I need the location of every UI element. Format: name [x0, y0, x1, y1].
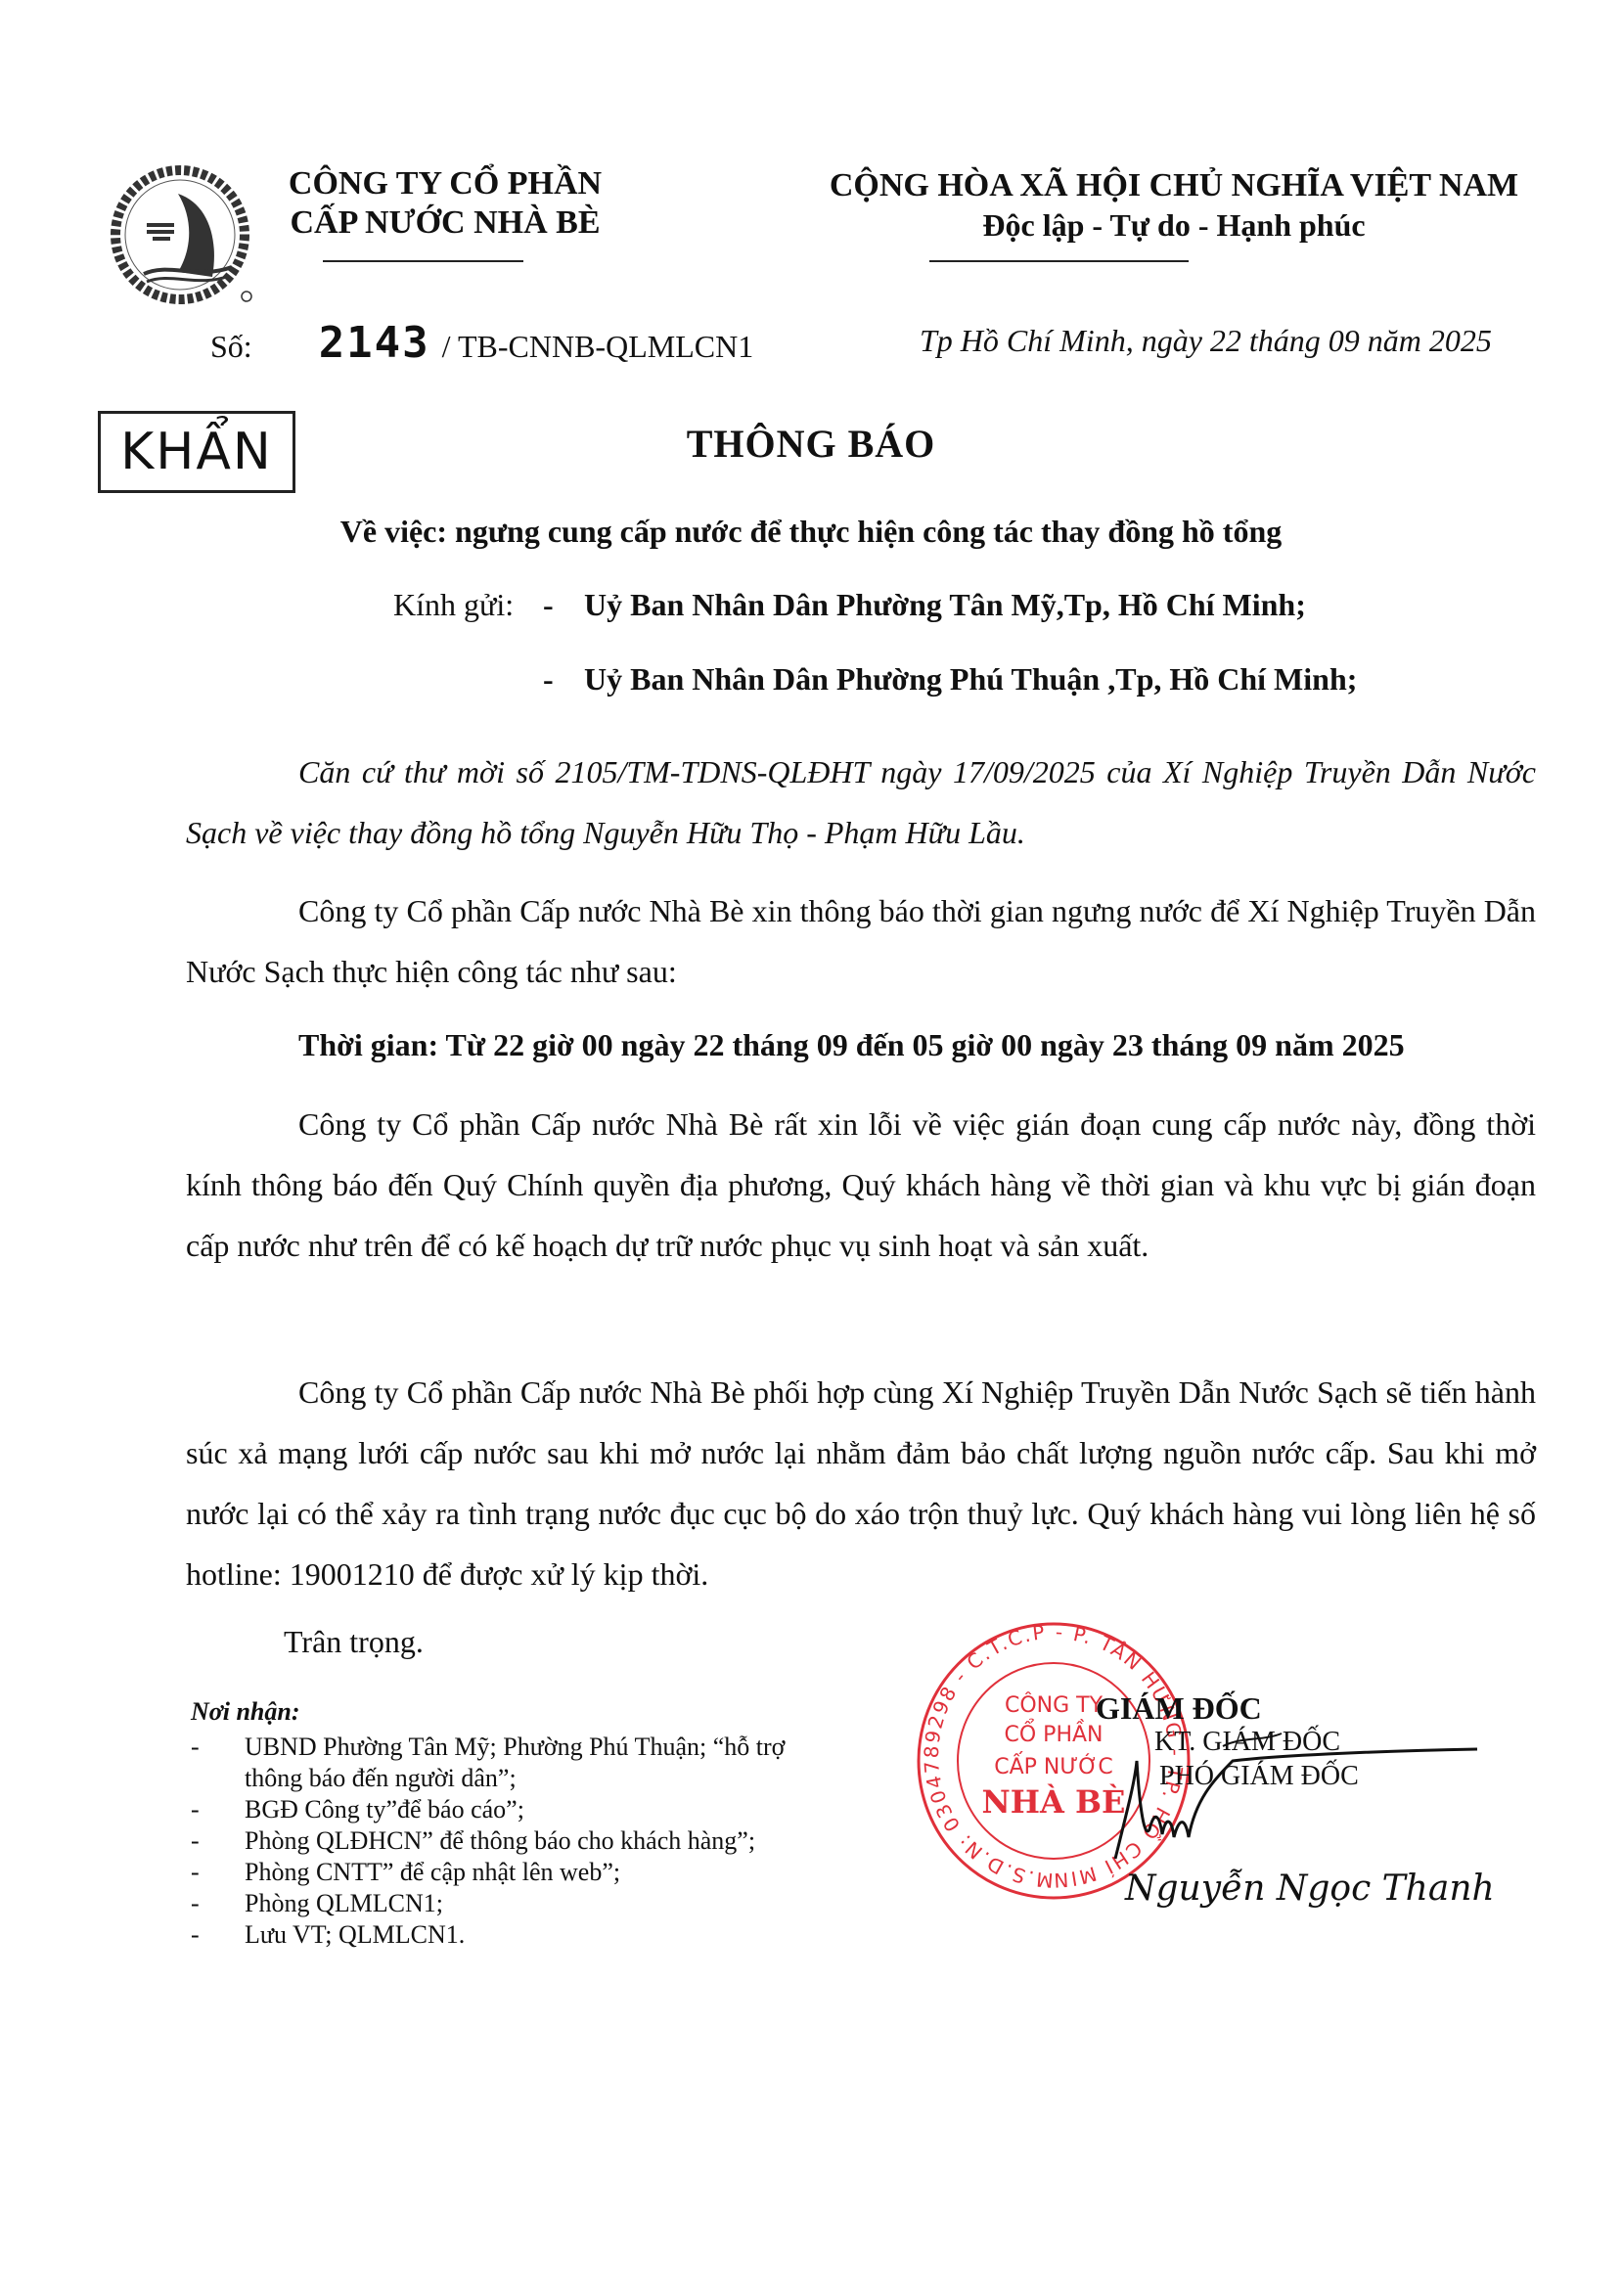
- document-subject: Về việc: ngưng cung cấp nước để thực hiệ…: [0, 514, 1622, 550]
- svg-text:CÔNG TY: CÔNG TY: [1005, 1692, 1104, 1718]
- document-number-suffix: / TB-CNNB-QLMLCN1: [442, 329, 754, 364]
- recipients-label: Kính gửi:: [393, 587, 514, 623]
- document-number-value: 2143: [319, 318, 430, 368]
- flushing-paragraph: Công ty Cổ phần Cấp nước Nhà Bè phối hợp…: [186, 1362, 1536, 1604]
- header-divider-right: [929, 260, 1189, 262]
- distribution-item: Phòng CNTT” để cập nhật lên web”;: [191, 1857, 797, 1888]
- document-number: Số: 2143 / TB-CNNB-QLMLCN1: [210, 318, 753, 368]
- organization-name: CÔNG TY CỔ PHẦN CẤP NƯỚC NHÀ BÈ: [274, 164, 616, 243]
- outage-time: Thời gian: Từ 22 giờ 00 ngày 22 tháng 09…: [298, 1027, 1405, 1063]
- distribution-item: UBND Phường Tân Mỹ; Phường Phú Thuận; “h…: [191, 1732, 797, 1794]
- company-logo-icon: [110, 164, 256, 311]
- distribution-item: Lưu VT; QLMLCN1.: [191, 1919, 797, 1951]
- organization-line-2: CẤP NƯỚC NHÀ BÈ: [274, 203, 616, 243]
- recipient-item: -Uỷ Ban Nhân Dân Phường Tân Mỹ,Tp, Hồ Ch…: [543, 587, 1306, 623]
- document-number-label: Số:: [210, 329, 252, 364]
- handwritten-signature-icon: [1076, 1722, 1487, 1868]
- basis-paragraph: Căn cứ thư mời số 2105/TM-TDNS-QLĐHT ngà…: [186, 742, 1536, 863]
- recipient-text: Uỷ Ban Nhân Dân Phường Tân Mỹ,Tp, Hồ Chí…: [584, 587, 1306, 622]
- motto: Độc lập - Tự do - Hạnh phúc: [802, 205, 1546, 245]
- apology-text: Công ty Cổ phần Cấp nước Nhà Bè rất xin …: [186, 1106, 1536, 1263]
- national-header: CỘNG HÒA XÃ HỘI CHỦ NGHĨA VIỆT NAM Độc l…: [802, 166, 1546, 245]
- flushing-text: Công ty Cổ phần Cấp nước Nhà Bè phối hợp…: [186, 1374, 1536, 1592]
- header-divider-left: [323, 260, 523, 262]
- nation-line: CỘNG HÒA XÃ HỘI CHỦ NGHĨA VIỆT NAM: [802, 166, 1546, 205]
- recipient-text: Uỷ Ban Nhân Dân Phường Phú Thuận ,Tp, Hồ…: [584, 661, 1357, 697]
- intro-text: Công ty Cổ phần Cấp nước Nhà Bè xin thôn…: [186, 893, 1536, 989]
- recipient-item: -Uỷ Ban Nhân Dân Phường Phú Thuận ,Tp, H…: [543, 661, 1357, 698]
- closing-regards: Trân trọng.: [284, 1624, 424, 1660]
- place-date: Tp Hồ Chí Minh, ngày 22 tháng 09 năm 202…: [920, 323, 1492, 359]
- distribution-title: Nơi nhận:: [191, 1697, 300, 1727]
- distribution-item: Phòng QLMLCN1;: [191, 1888, 797, 1919]
- document-title: THÔNG BÁO: [0, 421, 1622, 467]
- intro-paragraph: Công ty Cổ phần Cấp nước Nhà Bè xin thôn…: [186, 880, 1536, 1002]
- organization-line-1: CÔNG TY CỔ PHẦN: [274, 164, 616, 203]
- apology-paragraph: Công ty Cổ phần Cấp nước Nhà Bè rất xin …: [186, 1094, 1536, 1276]
- signer-name: Nguyễn Ngọc Thanh: [1125, 1868, 1495, 1909]
- distribution-item: Phòng QLĐHCN” để thông báo cho khách hàn…: [191, 1825, 797, 1857]
- basis-text: Căn cứ thư mời số 2105/TM-TDNS-QLĐHT ngà…: [186, 754, 1536, 850]
- distribution-list: UBND Phường Tân Mỹ; Phường Phú Thuận; “h…: [191, 1732, 797, 1951]
- distribution-item: BGĐ Công ty”để báo cáo”;: [191, 1794, 797, 1825]
